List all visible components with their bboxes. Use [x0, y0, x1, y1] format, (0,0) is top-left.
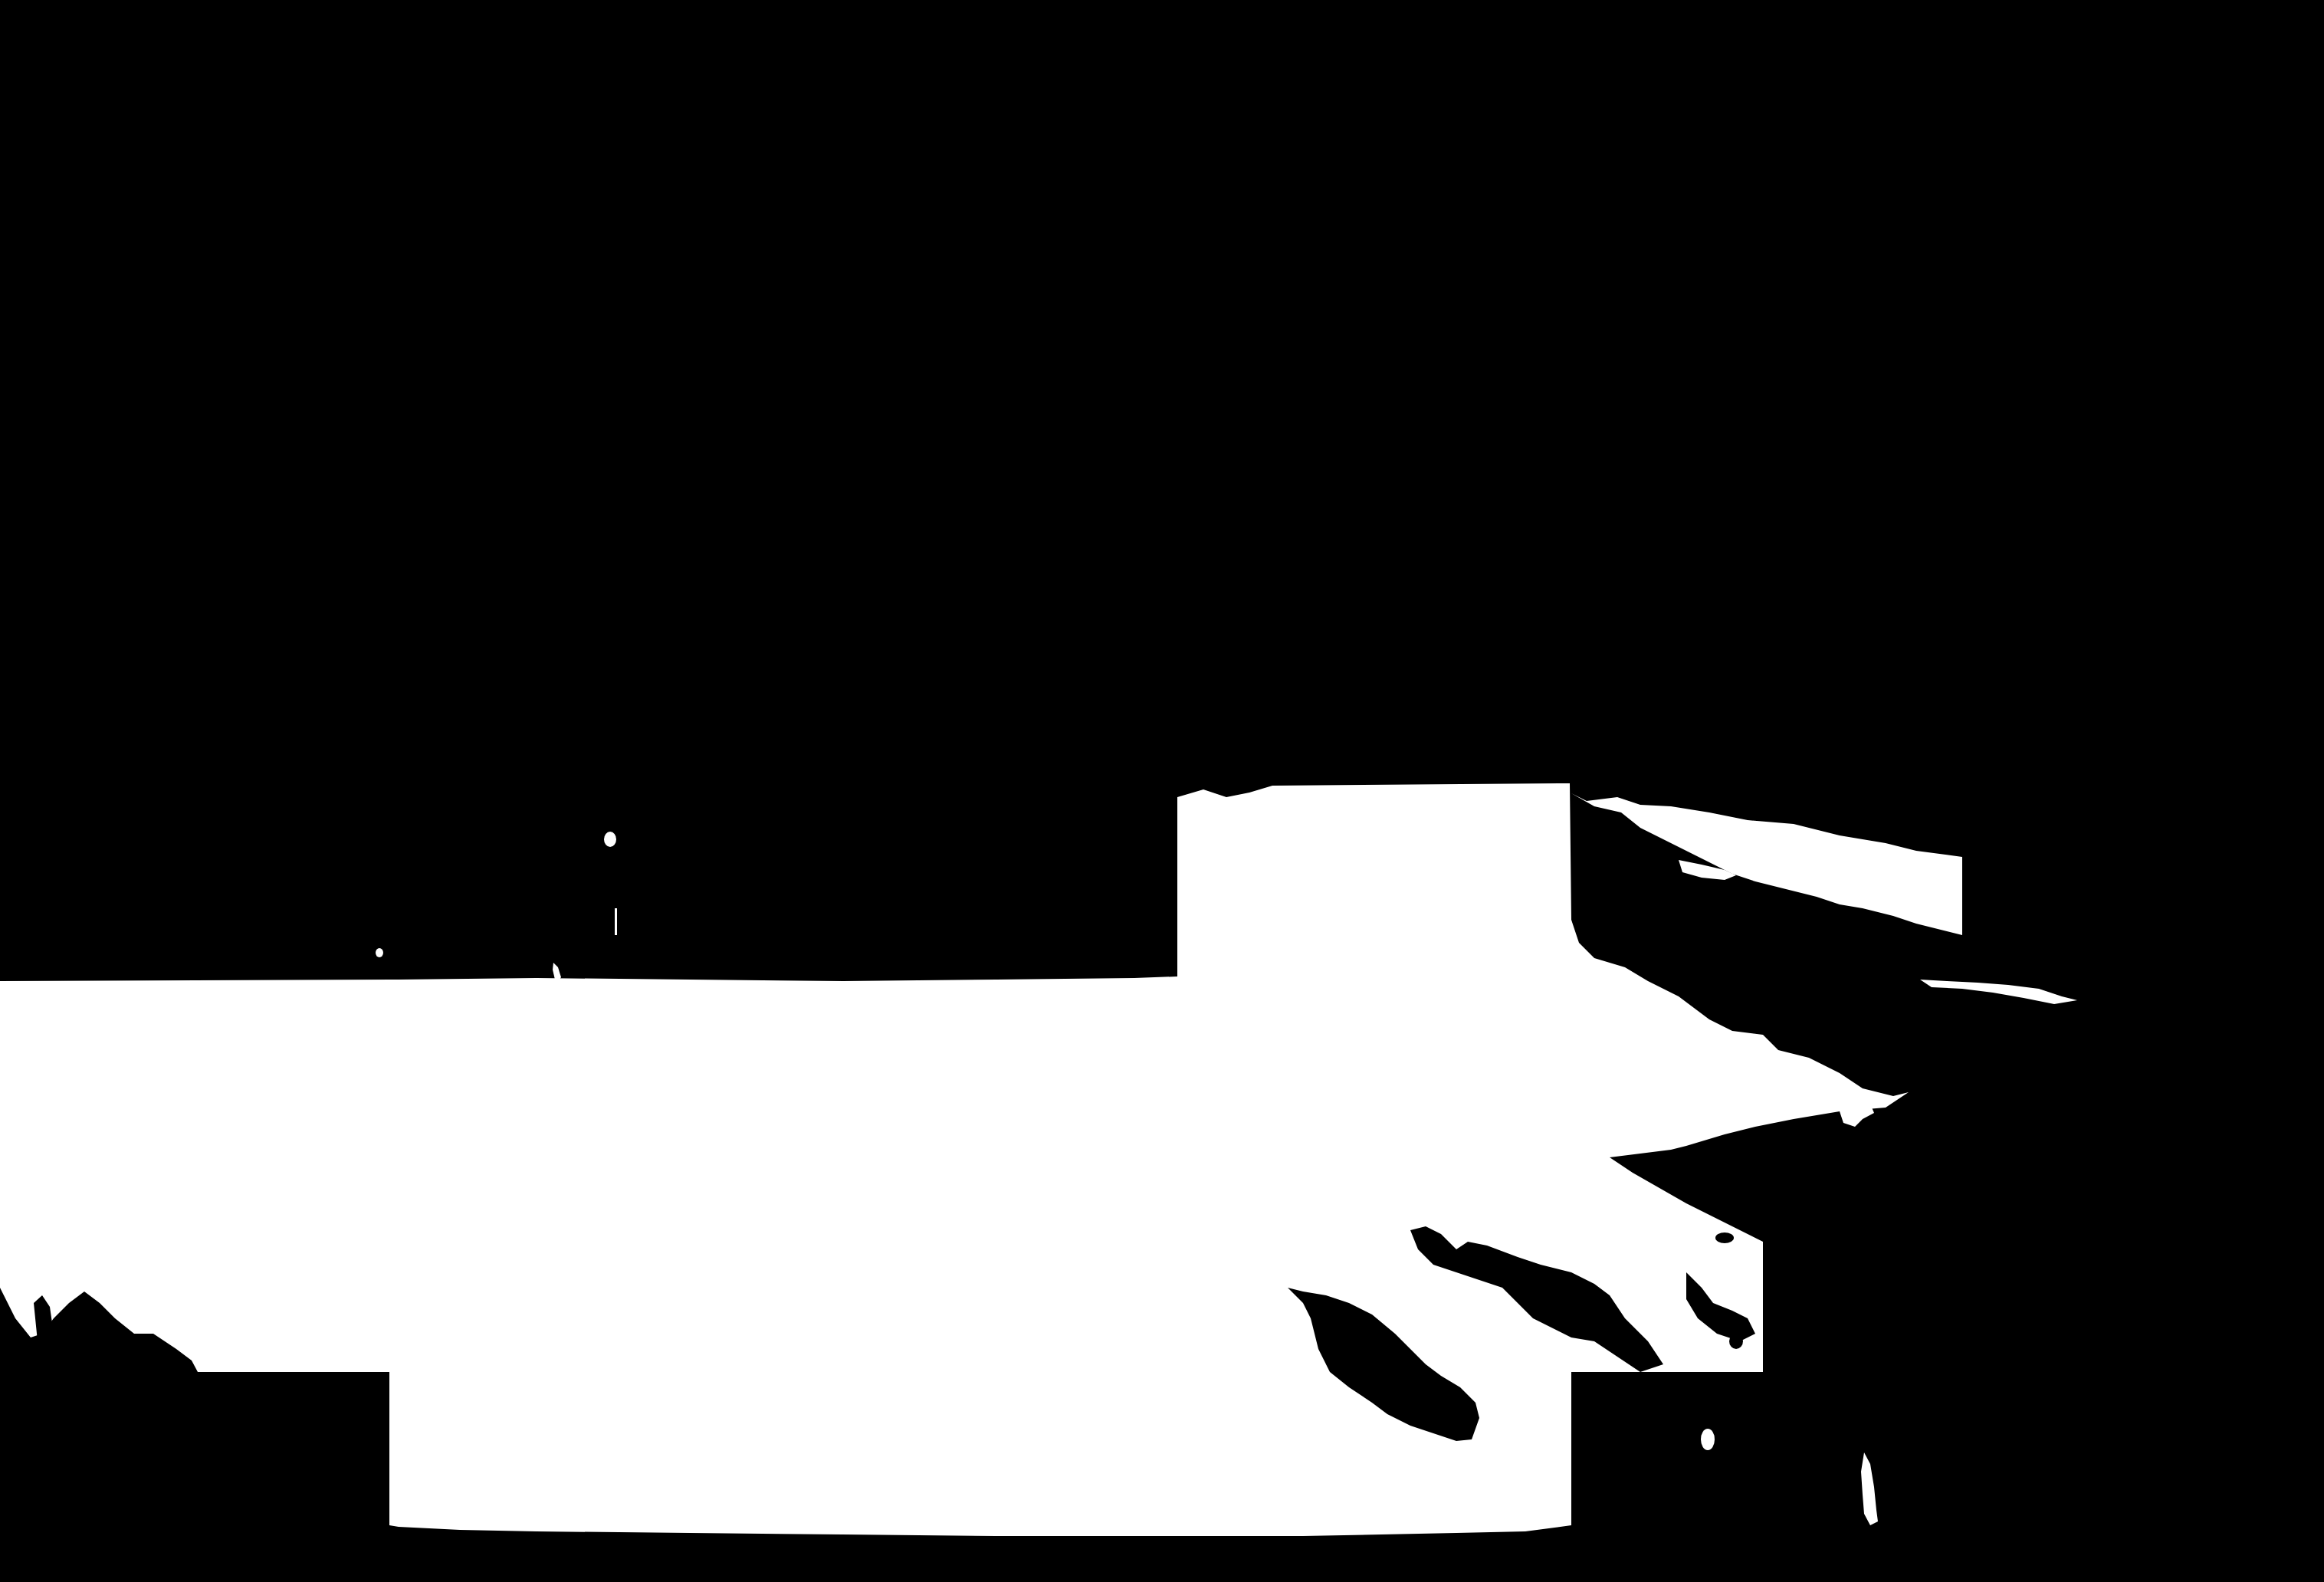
binary-mask-canvas — [0, 0, 2324, 1582]
mask-speck-a — [1701, 1429, 1715, 1450]
mask-hole-small-b — [1715, 1232, 1734, 1243]
mask-speck-d — [376, 948, 383, 957]
mask-speck-c — [604, 832, 616, 847]
mask-speck-f — [615, 908, 617, 935]
mask-hole-small-c — [1729, 1334, 1743, 1349]
